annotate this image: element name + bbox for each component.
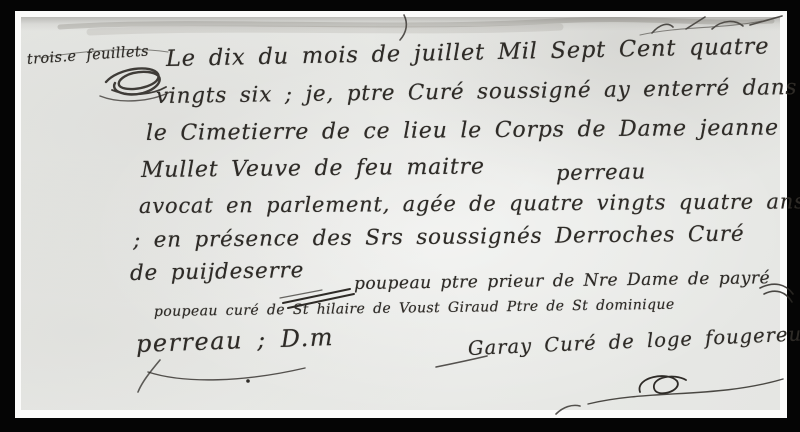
scanned-parish-register-page: { "page": { "frame_color": "#050505", "m…	[0, 0, 800, 432]
record-line-5: avocat en parlement, agée de quatre ving…	[139, 189, 800, 218]
record-line-4-right: perreau	[556, 159, 646, 185]
record-line-7-left: de puijdeserre	[130, 258, 305, 286]
record-line-4-left: Mullet Veuve de feu maitre	[141, 154, 485, 183]
